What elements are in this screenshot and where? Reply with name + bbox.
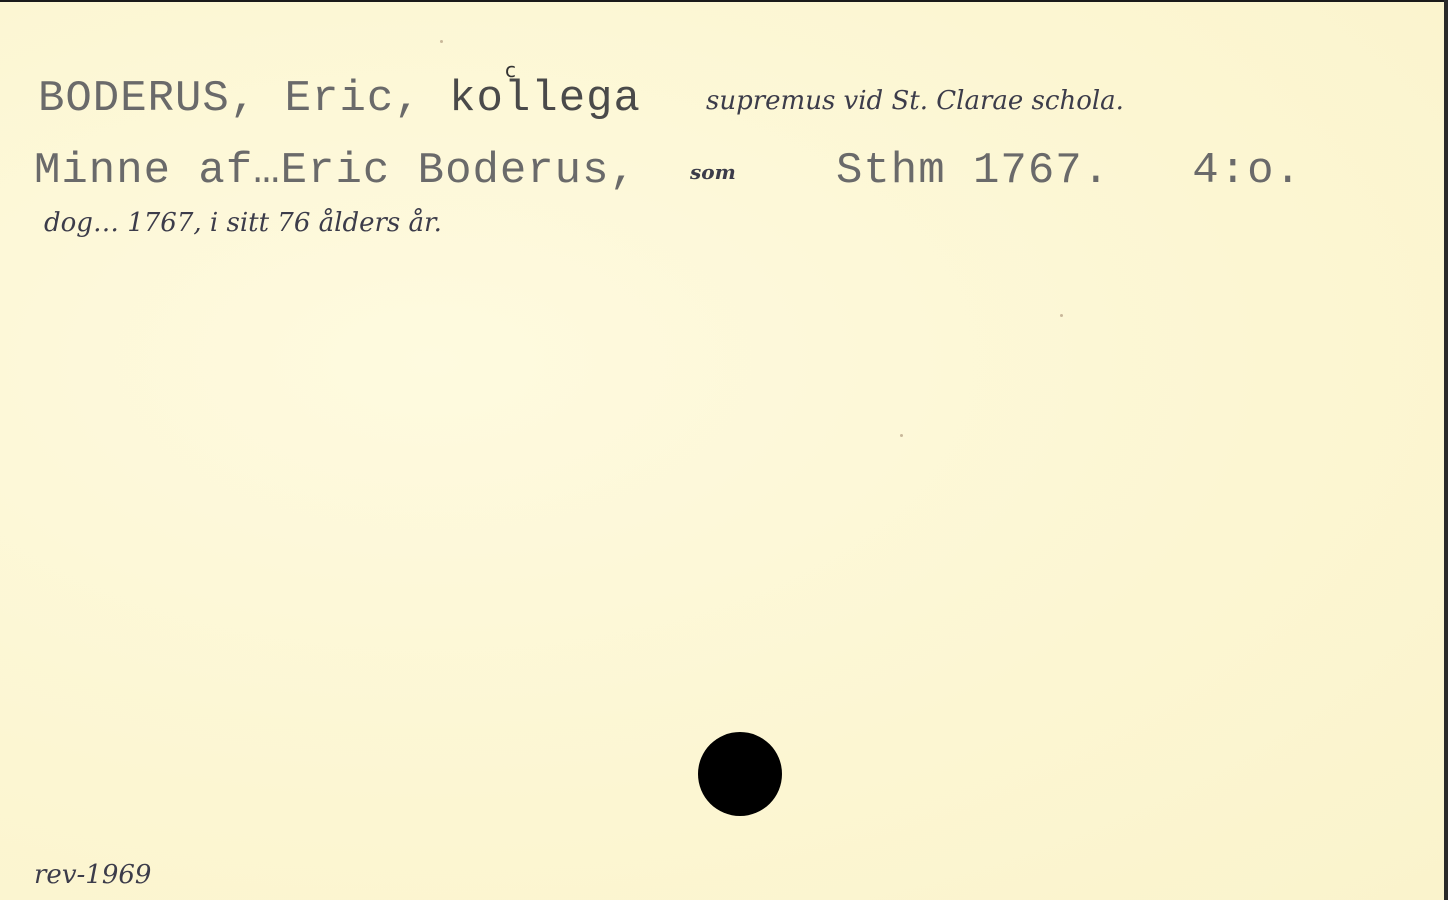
punch-hole xyxy=(698,732,782,816)
author-title: kollega xyxy=(449,74,641,124)
handwritten-som: som xyxy=(690,160,736,184)
typed-heading-line: BODERUS, Eric, kollega xyxy=(38,74,641,124)
catalog-card: c BODERUS, Eric, kollega supremus vid St… xyxy=(0,2,1444,900)
handwritten-death-note: dog… 1767, i sitt 76 ålders år. xyxy=(44,208,442,238)
author-given-name: Eric, xyxy=(285,74,422,124)
card-edge xyxy=(1444,0,1448,900)
typed-title-line: Minne af…Eric Boderus, xyxy=(34,146,637,196)
place-year: Sthm 1767. xyxy=(836,146,1110,196)
paper-speck xyxy=(1060,314,1063,317)
imprint-line: Sthm 1767. 4:o. xyxy=(836,146,1302,196)
revision-note: rev-1969 xyxy=(34,860,151,890)
format: 4:o. xyxy=(1192,146,1302,196)
paper-speck xyxy=(900,434,903,437)
paper-speck xyxy=(440,40,443,43)
author-surname: BODERUS, xyxy=(38,74,257,124)
handwritten-title-annotation: supremus vid St. Clarae schola. xyxy=(706,86,1124,116)
